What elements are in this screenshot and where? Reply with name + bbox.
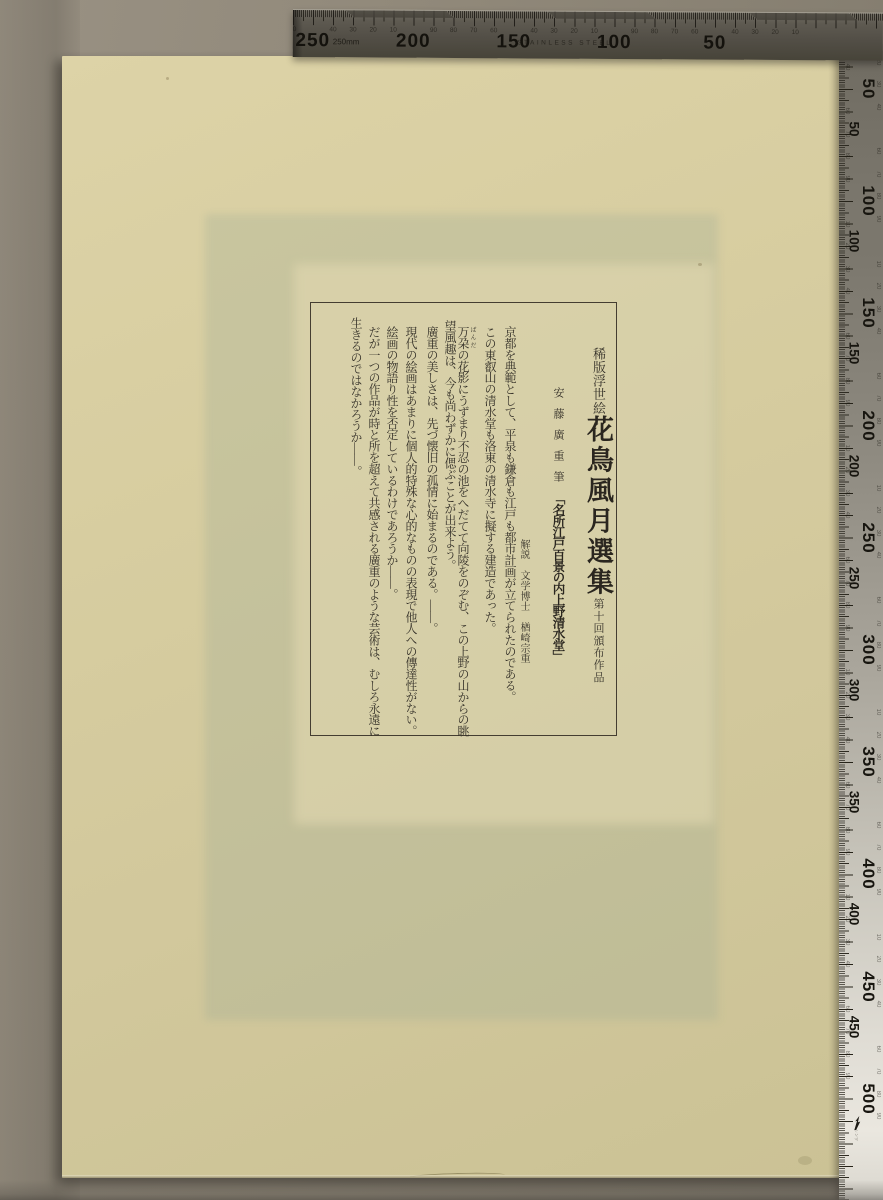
series-label: 稀版浮世絵 — [591, 347, 606, 415]
header-column: 稀版浮世絵花鳥風月選集第十回頒布作品 — [582, 347, 613, 683]
ruler-minor-label: 80 — [844, 377, 850, 384]
ruler-minor-label: 70 — [844, 804, 850, 811]
ruler-minor-label: 80 — [844, 826, 850, 833]
body-column-9: 生きるのではなかろうか——。 — [348, 317, 362, 477]
ruler-minor-label: 60 — [875, 372, 881, 379]
ruler-minor-label: 40 — [875, 328, 881, 335]
shinwa-logo — [853, 1116, 862, 1130]
ruler-minor-label: 10 — [792, 29, 799, 36]
ruler-minor-label: 70 — [844, 1028, 850, 1035]
paper-smudge — [798, 1156, 812, 1165]
body-column-7: 絵画の物語り性を否定しているわけであろうか——。 — [384, 326, 398, 600]
top-ruler: 250mm STAINLESS STEEL 250200150100501020… — [293, 9, 883, 61]
ruler-minor-label: 70 — [875, 844, 881, 851]
ruler-major-label: 450 — [858, 971, 878, 1002]
ruler-major-label: 350 — [858, 747, 878, 778]
ruler-minor-label: 30 — [875, 305, 881, 312]
ruler-minor-label: 70 — [470, 27, 477, 34]
ruler-major-label: 200 — [858, 410, 878, 441]
ruler-minor-label: 30 — [875, 754, 881, 761]
ruler-minor-label: 30 — [550, 28, 557, 35]
ruler-minor-label: 20 — [571, 28, 578, 35]
ruler-minor-label: 90 — [844, 849, 850, 856]
ruler-minor-label: 20 — [875, 956, 881, 963]
ruler-minor-label: 80 — [844, 602, 850, 609]
ruler-minor-label: 90 — [844, 624, 850, 631]
body-column-2: この東叡山の清水堂も洛東の清水寺に擬する建造であった。 — [482, 326, 496, 634]
ruler-minor-label: 70 — [875, 171, 881, 178]
ruler-minor-label: 10 — [875, 933, 881, 940]
ruler-minor-label: 10 — [844, 669, 850, 676]
ruler-minor-label: 70 — [671, 28, 678, 35]
ruby-base: 万朶 — [456, 326, 470, 349]
author-column: 安藤廣重筆「名所江戸百景の内上野清水堂」 — [549, 387, 567, 662]
ruler-minor-label: 10 — [844, 220, 850, 227]
ruler-minor-label: 60 — [293, 26, 297, 33]
ruler-minor-label: 90 — [875, 440, 881, 447]
ruler-minor-label: 40 — [875, 1001, 881, 1008]
ruler-minor-label: 80 — [844, 153, 850, 160]
ruler-major-label: 500 — [858, 1083, 878, 1114]
ruler-minor-label: 90 — [844, 175, 850, 182]
ruler-minor-label: 70 — [875, 1068, 881, 1075]
commentary-credit: 解説 文学博士 楢崎宗重 — [518, 539, 530, 664]
ruler-minor-label: 30 — [844, 265, 850, 272]
ruler-minor-label: 20 — [772, 29, 779, 36]
ruby-term: 万朶ばんだ — [456, 326, 470, 349]
ruler-minor-label: 40 — [875, 552, 881, 559]
ruler-length-label: 250mm — [333, 37, 360, 46]
ruler-minor-label: 30 — [875, 978, 881, 985]
body-column-1: 京都を典範として、平泉も鎌倉も江戸も都市計画が立てられたのである。 — [502, 326, 516, 702]
ruler-minor-label: 60 — [875, 1046, 881, 1053]
ruler-minor-label: 10 — [875, 709, 881, 716]
ruler-minor-label: 90 — [631, 28, 638, 35]
ruler-minor-label: 20 — [370, 26, 377, 33]
ruler-minor-label: 40 — [844, 63, 850, 70]
side-ruler: シンワ 501001502002503003504004505005010015… — [839, 44, 883, 1200]
ruler-minor-label: 20 — [875, 732, 881, 739]
ruler-minor-label: 40 — [329, 26, 336, 33]
ruler-minor-label: 40 — [844, 288, 850, 295]
ruler-minor-label: 60 — [844, 781, 850, 788]
ruler-minor-label: 10 — [875, 485, 881, 492]
ruler-minor-label: 60 — [844, 557, 850, 564]
ruler-minor-label: 30 — [751, 29, 758, 36]
print-title-label: 「名所江戸百景の内上野清水堂」 — [551, 492, 565, 662]
ruler-minor-label: 20 — [875, 507, 881, 514]
ruler-minor-label: 60 — [875, 597, 881, 604]
ruler-minor-label: 40 — [844, 512, 850, 519]
ruler-minor-label: 20 — [844, 916, 850, 923]
photo-scene: 稀版浮世絵花鳥風月選集第十回頒布作品 安藤廣重筆「名所江戸百景の内上野清水堂」 … — [0, 0, 883, 1200]
paper-sheet: 稀版浮世絵花鳥風月選集第十回頒布作品 安藤廣重筆「名所江戸百景の内上野清水堂」 … — [62, 56, 846, 1178]
ruler-minor-label: 40 — [875, 103, 881, 110]
body-column-3-rest: の花影にうずまり不忍の池をへだてて向陵をのぞむ、この上野の山からの眺 — [456, 349, 470, 737]
edition-label: 第十回頒布作品 — [592, 598, 604, 683]
ruler-minor-label: 60 — [875, 148, 881, 155]
ruler-minor-label: 60 — [844, 332, 850, 339]
ruler-minor-label: 80 — [844, 1051, 850, 1058]
top-ruler-ticks — [293, 10, 883, 29]
ruler-minor-label: 90 — [875, 664, 881, 671]
ruler-minor-label: 40 — [530, 27, 537, 34]
ruler-major-label: 300 — [858, 634, 878, 665]
ruler-major-label: 250 — [295, 30, 330, 52]
ruler-minor-label: 80 — [875, 1091, 881, 1098]
ruler-minor-label: 10 — [844, 445, 850, 452]
paper-speck — [166, 77, 169, 80]
body-column-6: 現代の絵画はあまりに個人的特殊な心的なものの表現で他人への傳達性がない。 — [403, 326, 417, 736]
ruler-minor-label: 90 — [875, 889, 881, 896]
body-column-5: 廣重の美しさは、先づ懐旧の孤情に始まるのである。——。 — [424, 326, 438, 634]
ruler-minor-label: 40 — [844, 961, 850, 968]
ruler-minor-label: 40 — [875, 776, 881, 783]
ruler-minor-label: 40 — [731, 29, 738, 36]
ruler-minor-label: 60 — [844, 1006, 850, 1013]
ruler-minor-label: 30 — [875, 530, 881, 537]
ruler-major-label: 50 — [703, 33, 726, 55]
shinwa-logo-caption: シンワ — [853, 1129, 859, 1141]
ruler-minor-label: 20 — [844, 243, 850, 250]
ruler-minor-label: 90 — [844, 400, 850, 407]
body-column-8: だが一つの作品が時と所を超えて共感される廣重のような芸術は、むしろ永遠に — [366, 326, 380, 736]
artist-label: 安藤廣重筆 — [552, 387, 564, 492]
main-title: 花鳥風月選集 — [583, 415, 613, 598]
ruler-minor-label: 30 — [875, 81, 881, 88]
paper-bottom-edge — [62, 1175, 846, 1178]
ruler-major-label: 150 — [858, 298, 878, 329]
ruler-minor-label: 60 — [691, 28, 698, 35]
ruler-minor-label: 70 — [844, 131, 850, 138]
ruler-minor-label: 10 — [591, 28, 598, 35]
ruler-minor-label: 30 — [349, 26, 356, 33]
ruler-minor-label: 80 — [651, 28, 658, 35]
ruler-minor-label: 40 — [844, 736, 850, 743]
ruler-minor-label: 20 — [844, 692, 850, 699]
ruler-minor-label: 70 — [844, 579, 850, 586]
ruler-minor-label: 60 — [875, 821, 881, 828]
ruler-minor-label: 30 — [844, 490, 850, 497]
ruler-major-label: 400 — [858, 859, 878, 890]
ruler-minor-label: 20 — [875, 283, 881, 290]
ruler-major-label: 100 — [858, 186, 878, 217]
ruler-minor-label: 90 — [430, 27, 437, 34]
ruler-minor-label: 80 — [875, 193, 881, 200]
ruler-major-label: 250 — [858, 522, 878, 553]
ruler-minor-label: 30 — [844, 938, 850, 945]
ruler-minor-label: 20 — [844, 467, 850, 474]
ruler-minor-label: 10 — [390, 27, 397, 34]
ruler-minor-label: 90 — [875, 215, 881, 222]
body-column-3: 万朶ばんだの花影にうずまり不忍の池をへだてて向陵をのぞむ、この上野の山からの眺 — [455, 326, 475, 736]
ruler-minor-label: 80 — [450, 27, 457, 34]
ruler-minor-label: 80 — [875, 866, 881, 873]
ruler-minor-label: 90 — [875, 1113, 881, 1120]
backdrop-bottom-shade — [0, 1180, 883, 1200]
ruler-minor-label: 70 — [875, 395, 881, 402]
ruler-minor-label: 60 — [844, 108, 850, 115]
ruler-minor-label: 60 — [490, 27, 497, 34]
furigana: ばんだ — [469, 326, 475, 349]
colophon-frame: 稀版浮世絵花鳥風月選集第十回頒布作品 安藤廣重筆「名所江戸百景の内上野清水堂」 … — [310, 302, 617, 736]
ruler-major-label: 150 — [496, 31, 531, 53]
ruler-minor-label: 80 — [875, 642, 881, 649]
ruler-minor-label: 80 — [875, 417, 881, 424]
ruler-minor-label: 70 — [844, 355, 850, 362]
ruler-major-label: 100 — [597, 32, 632, 54]
ruler-minor-label: 70 — [875, 619, 881, 626]
ruler-minor-label: 10 — [844, 893, 850, 900]
ruler-minor-label: 10 — [875, 260, 881, 267]
paper-speck — [698, 263, 702, 266]
ruler-major-label: 200 — [396, 31, 431, 53]
body-column-4: 望風趣は、今も尚わずかに偲ぶことが出来よう。 — [442, 320, 456, 571]
ruler-minor-label: 30 — [844, 714, 850, 721]
ruler-minor-label: 90 — [844, 1073, 850, 1080]
